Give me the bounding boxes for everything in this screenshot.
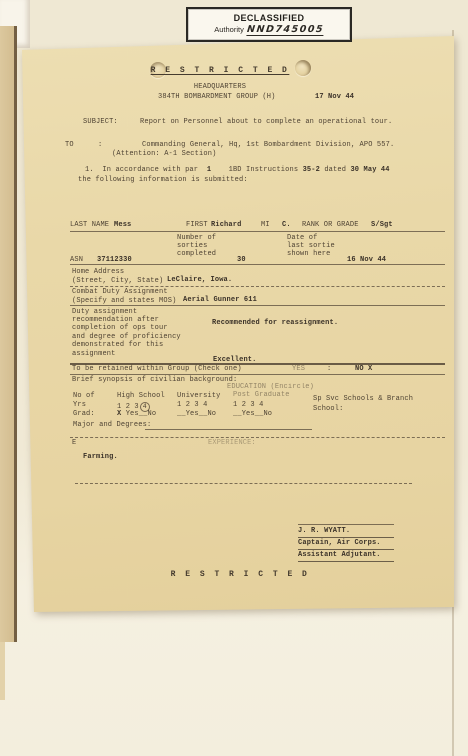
- retain-no: NO X: [355, 366, 372, 374]
- combat-duty-label-1: Combat Duty Assignment: [72, 289, 168, 297]
- paragraph-1-line-2: the following information is submitted:: [78, 177, 248, 185]
- subject-value: Report on Personnel about to complete an…: [140, 119, 392, 127]
- edu-postgrad-years: 1 2 3 4: [233, 402, 263, 410]
- duty-label-line: assignment: [72, 351, 116, 359]
- edu-highschool-grad-text: Yes__No: [121, 410, 156, 418]
- combat-duty-value: Aerial Gunner 611: [183, 297, 257, 305]
- form-rule: [70, 231, 445, 232]
- edu-row-label-1: No of: [73, 393, 95, 401]
- edu-university-grad: __Yes__No: [177, 411, 216, 419]
- mi-value: C.: [282, 222, 291, 230]
- duty-recommendation-value: Recommended for reassignment.: [212, 320, 338, 328]
- major-degrees-blank-line: [145, 429, 312, 430]
- stamp-authority-line: Authority NND745005: [214, 24, 324, 36]
- last-name-label: LAST NAME: [70, 222, 109, 230]
- form-rule: [70, 374, 445, 375]
- para-mid: 1BD Instructions: [211, 166, 302, 174]
- home-address-value: LeClaire, Iowa.: [167, 277, 232, 285]
- to-label: TO: [65, 142, 74, 150]
- to-value: Commanding General, Hq, 1st Bombardment …: [142, 142, 394, 150]
- first-name-label: FIRST: [186, 222, 208, 230]
- synopsis-label: Brief synopsis of civilian background:: [72, 377, 237, 385]
- para-dated: dated: [320, 166, 350, 174]
- edu-university-years: 1 2 3 4: [177, 402, 207, 410]
- duty-label-line: demonstrated for this: [72, 342, 163, 350]
- sorties-label-3: completed: [177, 251, 216, 259]
- para-intro: 1. In accordance with par: [85, 166, 207, 174]
- para-ref-date: 30 May 44: [350, 166, 389, 174]
- classification-bottom: R E S T R I C T E D: [170, 571, 310, 580]
- form-rule: [70, 264, 445, 265]
- edu-spsvc-title2: School:: [313, 406, 343, 414]
- edu-spsvc-title: Sp Svc Schools & Branch: [313, 396, 413, 404]
- form-rule: [70, 305, 445, 306]
- edu-university-title: University: [177, 393, 221, 401]
- paper-stack-edge-bottom: [0, 642, 5, 700]
- classification-top: R E S T R I C T E D: [142, 67, 298, 76]
- edu-row-label-3: Grad:: [73, 411, 95, 419]
- retain-yes: YES: [292, 366, 305, 374]
- stamp-title: DECLASSIFIED: [234, 13, 305, 23]
- major-degrees-label: Major and Degrees:: [73, 422, 151, 430]
- signature-name: J. R. WYATT.: [298, 527, 394, 538]
- home-address-label-1: Home Address: [72, 269, 124, 277]
- to-colon: :: [98, 142, 102, 150]
- edu-postgrad-title: Post Graduate: [233, 392, 290, 400]
- unit-line: 384TH BOMBARDMENT GROUP (H): [158, 94, 275, 102]
- home-address-label-2: (Street, City, State): [72, 278, 163, 286]
- headquarters-line: HEADQUARTERS: [150, 84, 290, 92]
- stamp-authority-number: NND745005: [246, 24, 324, 36]
- para-instruction-ref: 35-2: [303, 166, 320, 174]
- form-rule: [70, 286, 445, 287]
- section-divider-rule: [75, 483, 412, 484]
- mi-label: MI: [261, 222, 270, 230]
- form-rule: [70, 437, 445, 438]
- paragraph-1-line-1: 1. In accordance with par 1 1BD Instruct…: [85, 167, 390, 175]
- document-page: R E S T R I C T E D HEADQUARTERS 384TH B…: [22, 36, 454, 612]
- first-name-value: Richard: [211, 222, 241, 230]
- edu-row-label-2: Yrs: [73, 402, 86, 410]
- retain-colon: :: [327, 366, 331, 374]
- signature-title: Assistant Adjutant.: [298, 551, 394, 562]
- attention-line: (Attention: A-1 Section): [112, 151, 216, 159]
- stamp-authority-label: Authority: [214, 25, 244, 34]
- experience-prefix: E: [72, 440, 76, 448]
- subject-label: SUBJECT:: [83, 119, 118, 127]
- rank-value: S/Sgt: [371, 222, 393, 230]
- retain-label: To be retained within Group (Check one): [72, 366, 242, 374]
- document-page-wrap: R E S T R I C T E D HEADQUARTERS 384TH B…: [22, 36, 454, 612]
- signature-top-rule: [298, 524, 394, 525]
- experience-value: Farming.: [83, 454, 118, 462]
- document-date: 17 Nov 44: [315, 94, 354, 102]
- paper-stack-edge: [0, 26, 17, 642]
- scanned-document-photo: DECLASSIFIED Authority NND745005 R E S T…: [0, 0, 468, 756]
- last-sortie-label-3: shown here: [287, 251, 331, 259]
- last-name-value: Mess: [114, 222, 131, 230]
- experience-heading: EXPERIENCE:: [208, 440, 256, 448]
- edu-highschool-grad: X Yes__No: [117, 411, 156, 419]
- edu-highschool-title: High School: [117, 393, 165, 401]
- edu-postgrad-grad: __Yes__No: [233, 411, 272, 419]
- duty-label-line: completion of ops tour: [72, 325, 168, 333]
- signature-rank: Captain, Air Corps.: [298, 539, 394, 550]
- rank-label: RANK OR GRADE: [302, 222, 359, 230]
- declassified-stamp: DECLASSIFIED Authority NND745005: [186, 7, 352, 42]
